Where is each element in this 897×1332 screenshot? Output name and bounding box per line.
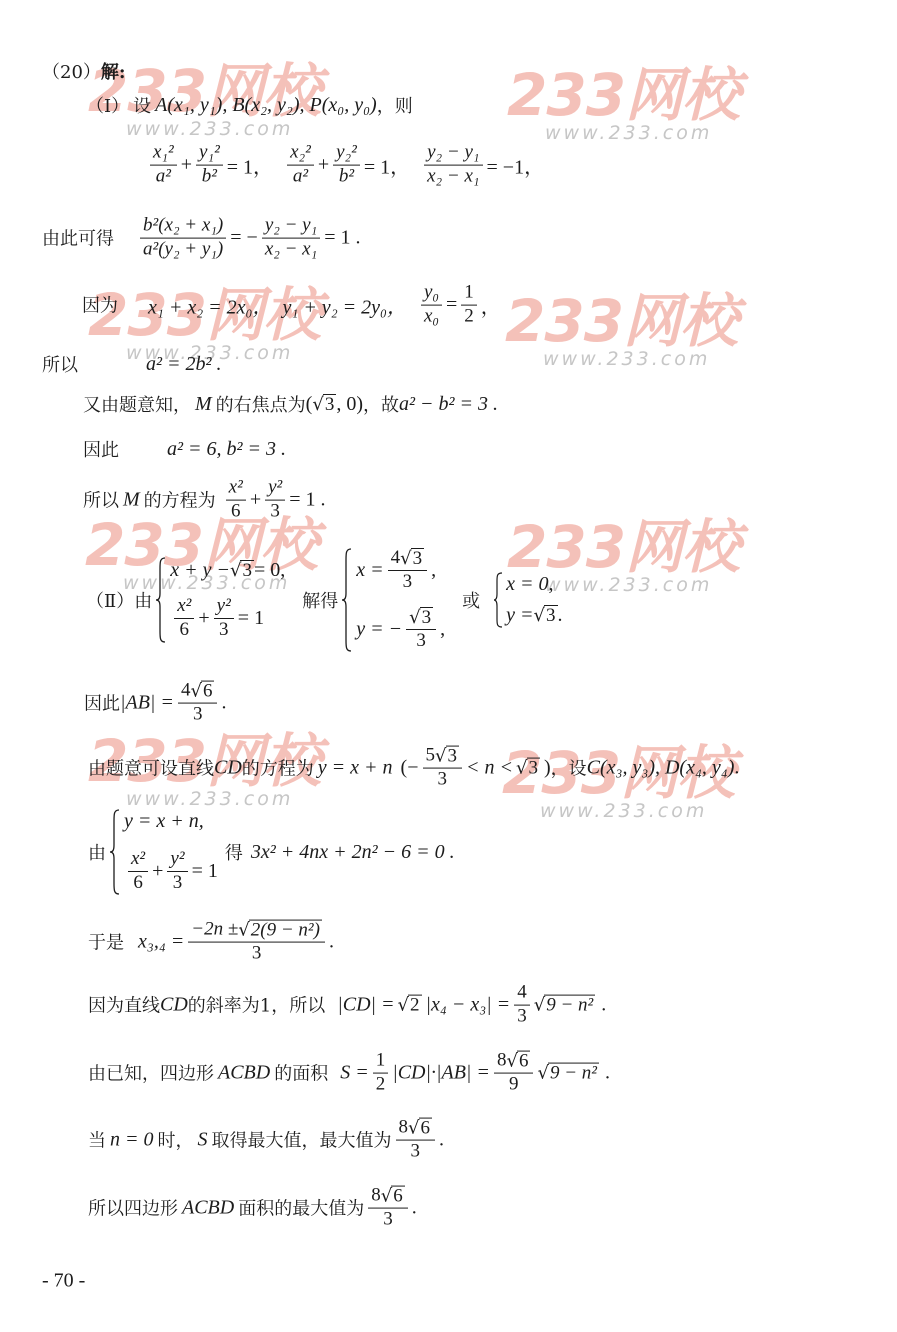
midpoint-relations: 因为 x₁ + x₂ = 2x₀， y₁ + y₂ = 2y₀， y₀x₀ = … [82, 283, 501, 328]
derive-lead: 由此可得 [42, 225, 114, 251]
text: 因为直线 [88, 992, 160, 1018]
cd-system: 由 y = x + n, x²6 + y²3 = 1 得 3x² + 4nx +… [88, 809, 455, 895]
focus-statement: 又由题意知， M 的右焦点为 ( √3 , 0) ，故 a² − b² = 3 … [83, 391, 498, 417]
text: 所以 [83, 487, 119, 513]
punctuation: . [329, 930, 334, 953]
numerator: x₂² [287, 143, 314, 166]
numerator: 5√3 [423, 746, 463, 769]
text: 又由题意知， [83, 391, 191, 417]
points-definition: C(x₃, y₃), D(x₄, y₄) [587, 756, 735, 779]
solution-label: 解: [101, 58, 126, 84]
sqrt: √9 − n² [534, 995, 596, 1016]
watermark-logo: 233网校 [505, 292, 737, 350]
solution-system: x = 4√33 , y = − √33 , [341, 548, 445, 652]
so-lead: 所以 [42, 351, 78, 377]
fraction: y₁²b² [196, 143, 223, 188]
sqrt: √3 [230, 560, 254, 581]
part1-setup: （Ⅰ） 设 A(x₁, y₁), B(x₂, y₂), P(x₀, y₀) ，则 [86, 92, 413, 118]
denominator: a² [153, 166, 174, 188]
coefficient: 8 [399, 1118, 409, 1139]
radicand: 9 − n² [548, 1063, 599, 1084]
left-brace-icon [109, 809, 121, 895]
relation-x: x₁ + x₂ = 2x₀， [148, 291, 272, 320]
fraction: y₂ − y₁x₂ − x₁ [262, 216, 320, 261]
radicand: 2(9 − n²) [249, 920, 322, 941]
operator: + [152, 860, 163, 883]
system-rows: x = 4√33 , y = − √33 , [356, 548, 445, 652]
line-equation: y = x + n [318, 756, 393, 779]
equation-rhs: = 1 . [324, 227, 360, 250]
sqrt: √3 [409, 607, 433, 628]
denominator: a²(y₂ + y₁) [140, 239, 226, 261]
denominator: 3 [380, 1209, 396, 1231]
denominator: 9 [506, 1074, 522, 1096]
part-label: （Ⅰ） [86, 92, 129, 118]
fraction: y²3 [167, 849, 187, 894]
sqrt: √6 [506, 1051, 530, 1072]
numerator: y² [265, 478, 285, 501]
punctuation: , [440, 618, 445, 641]
result-a2-b2: 因此 a² = 6, b² = 3 . [83, 436, 286, 462]
radicand: 6 [517, 1051, 531, 1072]
watermark: 233网校 www.233.com [507, 66, 739, 142]
radicand: 6 [419, 1118, 433, 1139]
system-row: y = x + n, [124, 810, 218, 833]
fraction: 12 [461, 283, 477, 328]
operator: = [446, 294, 457, 317]
watermark-url: www.233.com [543, 350, 737, 368]
system-lead: 由 [88, 839, 106, 865]
math-text: = 0, [254, 559, 285, 582]
hence-lead: 因此 [83, 436, 119, 462]
hence-lead: 因此 [84, 690, 120, 716]
math-text: |CD|·|AB| = [392, 1061, 490, 1084]
paren-open: ( [306, 393, 313, 416]
system-rows: x + y − √3 = 0, x²6 + y²3 = 1 [170, 559, 285, 641]
derivation: 由此可得 b²(x₂ + x₁)a²(y₂ + y₁) = − y₂ − y₁x… [42, 216, 361, 261]
radicand: 3 [411, 548, 425, 569]
math-text: y = [506, 604, 533, 627]
radicand: 3 [527, 758, 541, 779]
text: ，设 [551, 755, 587, 781]
operator: − [407, 756, 418, 779]
fraction: y₀x₀ [421, 283, 442, 328]
fraction: y²3 [214, 596, 234, 641]
numerator: x² [174, 596, 194, 619]
text: 的方程为 [144, 487, 216, 513]
text: 由题意可设直线 [88, 755, 214, 781]
sqrt: √3 [312, 394, 336, 415]
sqrt: √9 − n² [537, 1062, 599, 1083]
operator: = − [230, 227, 258, 250]
numerator: 8√6 [494, 1051, 534, 1074]
sqrt: √3 [400, 548, 424, 569]
numerator: x² [226, 478, 246, 501]
fraction: y²3 [265, 478, 285, 523]
numerator: y₂ − y₁ [424, 143, 482, 166]
denominator: 2 [461, 306, 477, 328]
ellipse-conditions: x₁²a² + y₁²b² = 1， x₂²a² + y₂²b² = 1， y₂… [146, 143, 544, 188]
denominator: 3 [435, 769, 451, 791]
fraction: √33 [406, 607, 436, 652]
sqrt: √2 [398, 995, 422, 1016]
punctuation: ， [481, 291, 501, 320]
watermark-url: www.233.com [126, 790, 320, 808]
text: 的右焦点为 [216, 391, 306, 417]
sqrt: √3 [516, 757, 540, 778]
fraction: b²(x₂ + x₁)a²(y₂ + y₁) [140, 216, 226, 261]
math-var: M [195, 393, 212, 416]
numerator: y₂ − y₁ [262, 216, 320, 239]
math-text: S = [340, 1061, 369, 1084]
maximum-condition: 当 n = 0 时， S 取得最大值，最大值为 8√63 . [88, 1118, 444, 1163]
math-var: M [123, 489, 140, 512]
numerator: y₀ [421, 283, 442, 306]
left-brace-icon [155, 557, 167, 643]
math-var: ACBD [218, 1061, 270, 1084]
problem-number: （20） [42, 58, 101, 84]
result-math: a² = 2b² . [146, 353, 222, 376]
fraction: x₁²a² [150, 143, 177, 188]
sqrt: √2(9 − n²) [238, 920, 322, 941]
fraction: 12 [373, 1051, 389, 1096]
operator: + [250, 489, 261, 512]
paren-close: ) [544, 756, 551, 779]
ab-length: 因此 |AB| = 4√63 . [84, 681, 226, 726]
or-label: 或 [462, 587, 480, 613]
equation-system: y = x + n, x²6 + y²3 = 1 [109, 809, 218, 895]
math-text: x = [356, 559, 383, 582]
text: 取得最大值，最大值为 [212, 1127, 392, 1153]
equation-rhs: = 1 . [289, 489, 325, 512]
thus-lead: 于是 [88, 929, 124, 955]
radicand: 3 [544, 605, 558, 626]
denominator: a² [290, 166, 311, 188]
numerator: y₁² [196, 143, 223, 166]
text: 的面积 [274, 1060, 328, 1086]
watermark-url: www.233.com [540, 802, 734, 820]
punctuation: . [601, 994, 606, 1017]
text: 的方程为 [242, 755, 314, 781]
denominator: 3 [190, 704, 206, 726]
fraction: 43 [514, 983, 530, 1028]
equation-system: x + y − √3 = 0, x²6 + y²3 = 1 [155, 557, 285, 643]
numerator: √3 [406, 607, 436, 630]
denominator: b² [336, 166, 357, 188]
coefficient: 5 [426, 746, 436, 767]
text: 所以四边形 [88, 1195, 178, 1221]
numerator: y² [167, 849, 187, 872]
numerator: x² [128, 849, 148, 872]
math-var: CD [160, 994, 188, 1017]
points-definition: A(x₁, y₁), B(x₂, y₂), P(x₀, y₀) [155, 94, 377, 117]
equation-rhs: = −1， [487, 151, 545, 180]
sqrt: √6 [408, 1118, 432, 1139]
radicand: 9 − n² [544, 995, 595, 1016]
denominator: 6 [177, 619, 193, 641]
math-text: |x₄ − x₃| = [426, 994, 511, 1017]
math-text: x + y − [170, 559, 230, 582]
system-row: y = √3 . [506, 604, 562, 627]
math-var: CD [214, 756, 242, 779]
denominator: b² [199, 166, 220, 188]
system-rows: y = x + n, x²6 + y²3 = 1 [124, 810, 218, 894]
numerator: x₁² [150, 143, 177, 166]
math-text: −2n ± [191, 920, 238, 941]
math-text: |CD| = [337, 994, 394, 1017]
text: 面积的最大值为 [238, 1195, 364, 1221]
watermark: 233网校 www.233.com [505, 292, 737, 368]
watermark-url: www.233.com [545, 576, 739, 594]
operator: + [181, 154, 192, 177]
denominator: 3 [514, 1006, 530, 1028]
radicand: 3 [446, 746, 460, 767]
text: 由已知，四边形 [88, 1060, 214, 1086]
problem-heading: （20） 解: [42, 58, 126, 84]
equation-rhs: = 1， [364, 151, 410, 180]
operator: + [318, 154, 329, 177]
text: ，故 [363, 391, 399, 417]
numerator: −2n ± √2(9 − n²) [188, 920, 325, 943]
coefficient: 8 [371, 1186, 381, 1207]
system-row: x = 0, [506, 573, 562, 596]
text: 当 [88, 1127, 106, 1153]
conclusion: 所以四边形 ACBD 面积的最大值为 8√63 . [88, 1186, 417, 1231]
numerator: 1 [373, 1051, 389, 1074]
numerator: y² [214, 596, 234, 619]
punctuation: . [439, 1128, 444, 1151]
punctuation: . [558, 604, 563, 627]
fraction: 5√33 [423, 746, 463, 791]
radicand: 3 [420, 607, 434, 628]
cd-line-definition: 由题意可设直线 CD 的方程为 y = x + n ( − 5√33 < n <… [88, 746, 739, 791]
watermark-url: www.233.com [545, 124, 739, 142]
equation-rhs: = 1 [192, 860, 218, 883]
math-text: y = x + n, [124, 810, 204, 833]
left-brace-icon [341, 548, 353, 652]
roots-formula: 于是 x₃,₄ = −2n ± √2(9 − n²)3 . [88, 920, 334, 965]
quadratic-result: 3x² + 4nx + 2n² − 6 = 0 . [251, 841, 455, 864]
radicand: 3 [323, 394, 337, 415]
math-text: x = 0, [506, 573, 553, 596]
quadrilateral-area: 由已知，四边形 ACBD 的面积 S = 12 |CD|·|AB| = 8√69… [88, 1051, 610, 1096]
sqrt: √3 [534, 605, 558, 626]
punctuation: . [412, 1196, 417, 1219]
system-lead: 由 [134, 587, 152, 613]
denominator: 3 [267, 501, 283, 523]
math-var: ACBD [182, 1196, 234, 1219]
punctuation: . [605, 1061, 610, 1084]
math-text: y = − [356, 618, 402, 641]
numerator: 4 [514, 983, 530, 1006]
numerator: 4√6 [178, 681, 218, 704]
result-math: a² = 6, b² = 3 . [167, 438, 286, 461]
page-number-text: - 70 - [42, 1270, 85, 1293]
paren-open: ( [401, 756, 408, 779]
fraction: −2n ± √2(9 − n²)3 [188, 920, 325, 965]
numerator: 4√3 [388, 548, 428, 571]
radicand: 6 [201, 681, 215, 702]
watermark-logo: 233网校 [507, 66, 739, 124]
fraction: x²6 [174, 596, 194, 641]
math-text: x₃,₄ = [138, 930, 184, 953]
denominator: 2 [373, 1073, 389, 1095]
result-a2-2b2: 所以 a² = 2b² . [42, 351, 222, 377]
math-text: |AB| = [120, 691, 174, 714]
equation-rhs: = 1， [227, 151, 273, 180]
numerator: b²(x₂ + x₁) [140, 216, 226, 239]
math-text: n = 0 [110, 1128, 154, 1151]
fraction: x₂²a² [287, 143, 314, 188]
part2-system: （Ⅱ） 由 x + y − √3 = 0, x²6 + y²3 = 1 解得 [86, 548, 566, 652]
left-brace-icon [493, 572, 503, 628]
result-math: a² − b² = 3 . [399, 393, 498, 416]
get-label: 得 [225, 839, 243, 865]
inequality: < n < [466, 756, 513, 779]
fraction: 8√63 [396, 1118, 436, 1163]
relation-y: y₁ + y₂ = 2y₀， [282, 291, 406, 320]
system-row: x + y − √3 = 0, [170, 559, 285, 582]
sqrt: √3 [435, 746, 459, 767]
because-lead: 因为 [82, 292, 118, 318]
denominator: 6 [228, 501, 244, 523]
radicand: 2 [408, 995, 422, 1016]
sqrt: √6 [381, 1186, 405, 1207]
coefficient: 4 [391, 548, 401, 569]
setup-lead: 设 [133, 92, 151, 118]
part-label: （Ⅱ） [86, 587, 134, 613]
fraction: 4√33 [388, 548, 428, 593]
solve-label: 解得 [302, 587, 338, 613]
fraction: 8√63 [368, 1186, 408, 1231]
text: 的斜率为1，所以 [188, 992, 325, 1018]
denominator: 3 [413, 630, 429, 652]
punctuation: . [734, 756, 739, 779]
punctuation: , [431, 559, 436, 582]
coefficient: 4 [181, 681, 191, 702]
numerator: y₂² [333, 143, 360, 166]
denominator: 3 [249, 943, 265, 965]
denominator: x₂ − x₁ [262, 239, 320, 261]
denominator: 3 [408, 1141, 424, 1163]
ellipse-equation: 所以 M 的方程为 x²6 + y²3 = 1 . [83, 478, 326, 523]
system-row: x²6 + y²3 = 1 [124, 849, 218, 894]
system-row: x = 4√33 , [356, 548, 445, 593]
coefficient: 8 [497, 1051, 507, 1072]
text: 时， [158, 1127, 194, 1153]
numerator: 1 [461, 283, 477, 306]
fraction: x²6 [128, 849, 148, 894]
fraction: y₂²b² [333, 143, 360, 188]
denominator: 6 [130, 872, 146, 894]
system-row: y = − √33 , [356, 607, 445, 652]
denominator: x₀ [421, 306, 442, 328]
numerator: 8√6 [368, 1186, 408, 1209]
fraction: y₂ − y₁x₂ − x₁ [424, 143, 482, 188]
sqrt: √6 [190, 681, 214, 702]
radicand: 6 [391, 1186, 405, 1207]
radicand: 3 [240, 560, 254, 581]
denominator: 3 [216, 619, 232, 641]
operator: + [198, 607, 209, 630]
fraction: 4√63 [178, 681, 218, 726]
denominator: x₂ − x₁ [424, 166, 482, 188]
math-var: S [198, 1128, 208, 1151]
system-rows: x = 0, y = √3 . [506, 573, 562, 627]
setup-tail: ，则 [377, 92, 413, 118]
denominator: 3 [400, 571, 416, 593]
fraction: 8√69 [494, 1051, 534, 1096]
page-number: - 70 - [42, 1270, 85, 1293]
punctuation: . [221, 691, 226, 714]
watermark-url: www.233.com [126, 120, 320, 138]
numerator: 8√6 [396, 1118, 436, 1141]
cd-length: 因为直线 CD 的斜率为1，所以 |CD| = √2 |x₄ − x₃| = 4… [88, 983, 606, 1028]
fraction: x²6 [226, 478, 246, 523]
denominator: 3 [170, 872, 186, 894]
system-row: x²6 + y²3 = 1 [170, 596, 285, 641]
equation-rhs: = 1 [238, 607, 264, 630]
paren-close: , 0) [336, 393, 363, 416]
document-page: 233网校 www.233.com 233网校 www.233.com 233网… [0, 0, 897, 1332]
solution-system: x = 0, y = √3 . [493, 572, 562, 628]
